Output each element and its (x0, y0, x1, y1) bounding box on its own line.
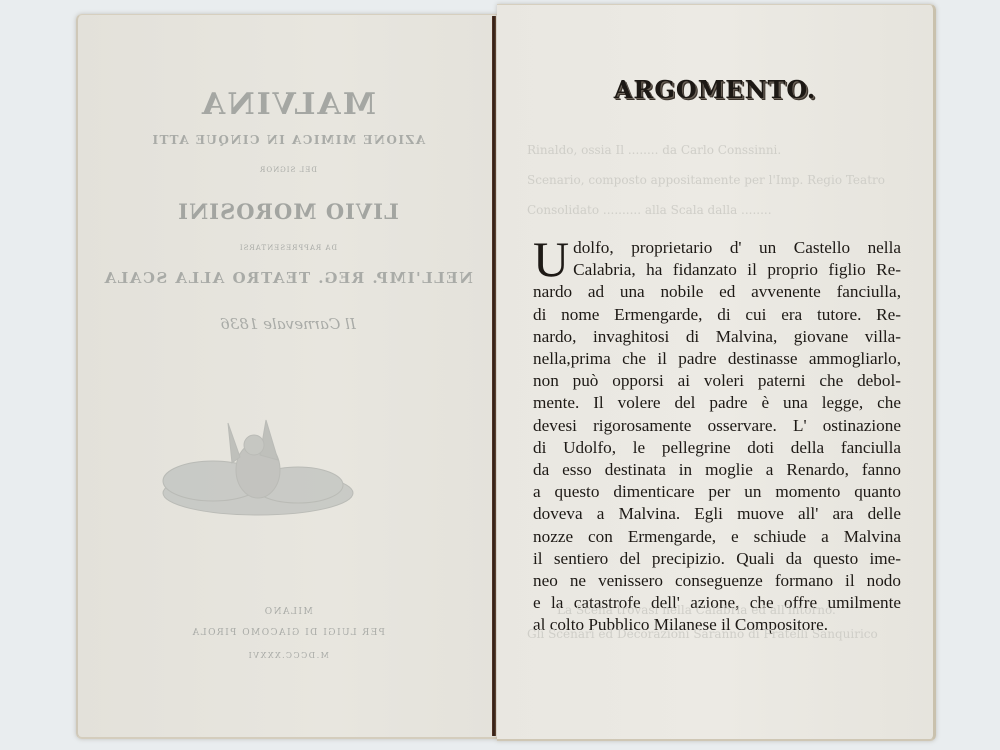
body-line: neo ne venissero conseguenze formano il … (533, 570, 901, 592)
body-line: il sentiero del precipizio. Quali da que… (533, 548, 901, 570)
left-page: MALVINA AZIONE MIMICA IN CINQUE ATTI DEL… (76, 14, 498, 739)
body-line: di nome Ermengarde, di cui era tutore. R… (533, 304, 901, 326)
bleed-through-line: Consolidato .......... alla Scala dalla … (527, 203, 903, 217)
body-line: nella,prima che il padre destinasse ammo… (533, 348, 901, 370)
body-line: nardo ad una nobile ed avvenente fanciul… (533, 281, 901, 303)
drop-cap: U (533, 239, 569, 279)
body-line: di Udolfo, le pellegrine doti della fanc… (533, 437, 901, 459)
theatre-name: NELL'IMP. REG. TEATRO ALLA SCALA (78, 269, 498, 287)
opera-title: MALVINA (78, 87, 498, 122)
body-line: mente. Il volere del padre è una legge, … (533, 392, 901, 414)
rappresentazione-label: DA RAPPRESENTARSI (78, 244, 498, 252)
bleed-through-line: La Scena trovasi nella Calabria ed all'i… (557, 603, 903, 617)
city: MILANO (78, 607, 498, 617)
body-line: devesi rigorosamente osservare. L' ostin… (533, 415, 901, 437)
author-name: LIVIO MOROSINI (78, 199, 498, 224)
del-signor: DEL SIGNOR (78, 166, 498, 174)
opera-subtitle: AZIONE MIMICA IN CINQUE ATTI (78, 133, 498, 147)
body-line: Calabria, ha fidanzato il proprio figlio… (533, 259, 901, 281)
right-page: ARGOMENTO. Rinaldo, ossia Il ........ da… (497, 4, 936, 741)
bleed-through-line: Scenario, composto appositamente per l'I… (527, 173, 903, 187)
bleed-through-line: Rinaldo, ossia Il ........ da Carlo Cons… (527, 143, 903, 157)
body-line: doveva a Malvina. Egli muove all' ara de… (533, 503, 901, 525)
body-line: da esso destinata in moglie a Renardo, f… (533, 459, 901, 481)
bleed-through-line: Gli Scenari ed Decorazioni Saranno di Fr… (527, 627, 903, 641)
argomento-heading: ARGOMENTO. (497, 75, 933, 104)
body-line: a questo dimenticare per un momento quan… (533, 481, 901, 503)
book-spine (492, 16, 496, 736)
body-line: dolfo, proprietario d' un Castello nella (533, 237, 901, 259)
cherub-vignette-icon (158, 415, 358, 525)
mirrored-title-page: MALVINA AZIONE MIMICA IN CINQUE ATTI DEL… (78, 15, 498, 737)
argomento-body: U dolfo, proprietario d' un Castello nel… (533, 237, 901, 637)
performance-date: Il Carnevale 1836 (78, 315, 498, 333)
body-line: nozze con Ermengarde, e schiude a Malvin… (533, 526, 901, 548)
body-line: non può opporsi ai voleri paterni che de… (533, 370, 901, 392)
body-line: nardo, invaghitosi di Malvina, giovane v… (533, 326, 901, 348)
printer: PER LUIGI DI GIACOMO PIROLA (78, 628, 498, 638)
publication-year: M.DCCC.XXXVI (78, 651, 498, 660)
